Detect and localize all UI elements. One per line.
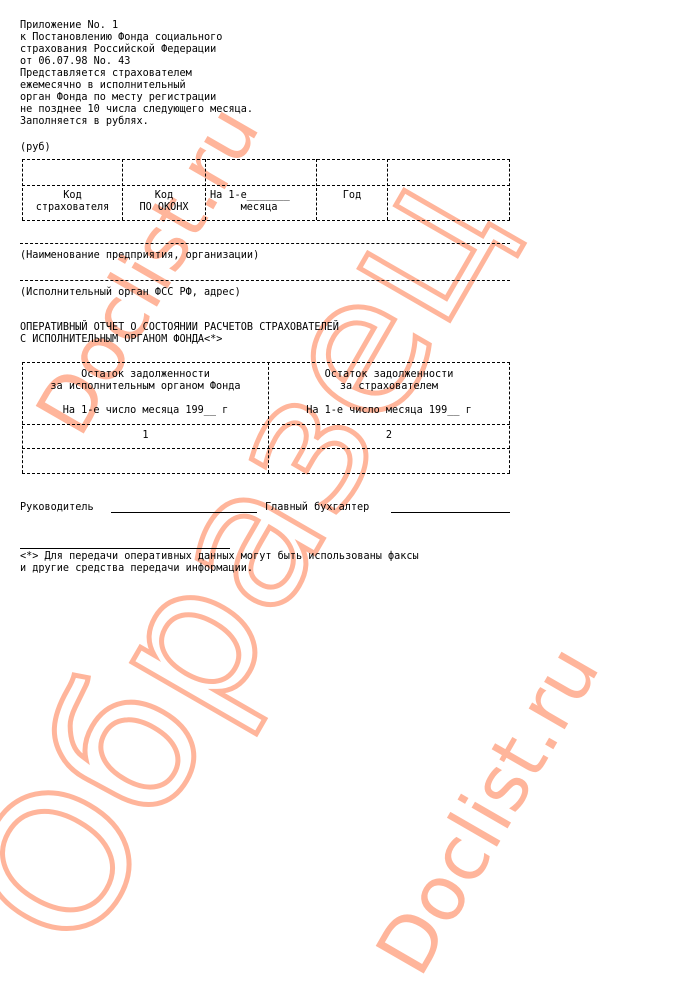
report-title-line: ОПЕРАТИВНЫЙ ОТЧЕТ О СОСТОЯНИИ РАСЧЕТОВ С… bbox=[20, 322, 339, 334]
header-fund-debt: Остаток задолженности за исполнительным … bbox=[23, 369, 268, 417]
chief-accountant-signature-field[interactable] bbox=[391, 512, 510, 513]
fss-address-field[interactable] bbox=[20, 280, 510, 281]
column-number-2: 2 bbox=[269, 430, 509, 442]
header-line: не позднее 10 числа следующего месяца. bbox=[20, 104, 253, 116]
org-name-field[interactable] bbox=[20, 243, 510, 244]
head-label: Руководитель bbox=[20, 502, 94, 514]
watermark-layer: Doclist.ru Doclist.ru Образец bbox=[0, 0, 700, 1000]
header-okonh-code: Код ПО ОКОНХ bbox=[123, 190, 205, 214]
insurer-debt-value[interactable] bbox=[269, 449, 509, 473]
header-line: орган Фонда по месту регистрации bbox=[20, 92, 216, 104]
codes-input-row[interactable] bbox=[23, 160, 509, 185]
header-line: страхования Российской Федерации bbox=[20, 44, 216, 56]
footnote-line: <*> Для передачи оперативных данных могу… bbox=[20, 551, 419, 563]
header-insurer-debt: Остаток задолженности за страхователем Н… bbox=[269, 369, 509, 417]
header-month: На 1-е_______ месяца bbox=[210, 190, 316, 214]
header-insurer-code: Код страхователя bbox=[23, 190, 122, 214]
watermark-doclist-bottom: Doclist.ru bbox=[359, 631, 617, 989]
header-line: от 06.07.98 No. 43 bbox=[20, 56, 130, 68]
footnote-line: и другие средства передачи информации. bbox=[20, 563, 253, 575]
header-line: Приложение No. 1 bbox=[20, 20, 118, 32]
chief-accountant-label: Главный бухгалтер bbox=[265, 502, 369, 514]
column-number-1: 1 bbox=[23, 430, 268, 442]
fund-debt-value[interactable] bbox=[23, 449, 268, 473]
head-signature-field[interactable] bbox=[111, 512, 257, 513]
footnote-divider bbox=[20, 548, 230, 549]
fss-caption: (Исполнительный орган ФСС РФ, адрес) bbox=[20, 287, 241, 299]
unit-label: (руб) bbox=[20, 142, 51, 154]
header-line: к Постановлению Фонда социального bbox=[20, 32, 222, 44]
header-year: Год bbox=[317, 190, 387, 202]
header-line: Заполняется в рублях. bbox=[20, 116, 149, 128]
header-line: Представляется страхователем bbox=[20, 68, 192, 80]
org-name-caption: (Наименование предприятия, организации) bbox=[20, 250, 259, 262]
report-title-line: С ИСПОЛНИТЕЛЬНЫМ ОРГАНОМ ФОНДА<*> bbox=[20, 334, 222, 346]
header-line: ежемесячно в исполнительный bbox=[20, 80, 186, 92]
